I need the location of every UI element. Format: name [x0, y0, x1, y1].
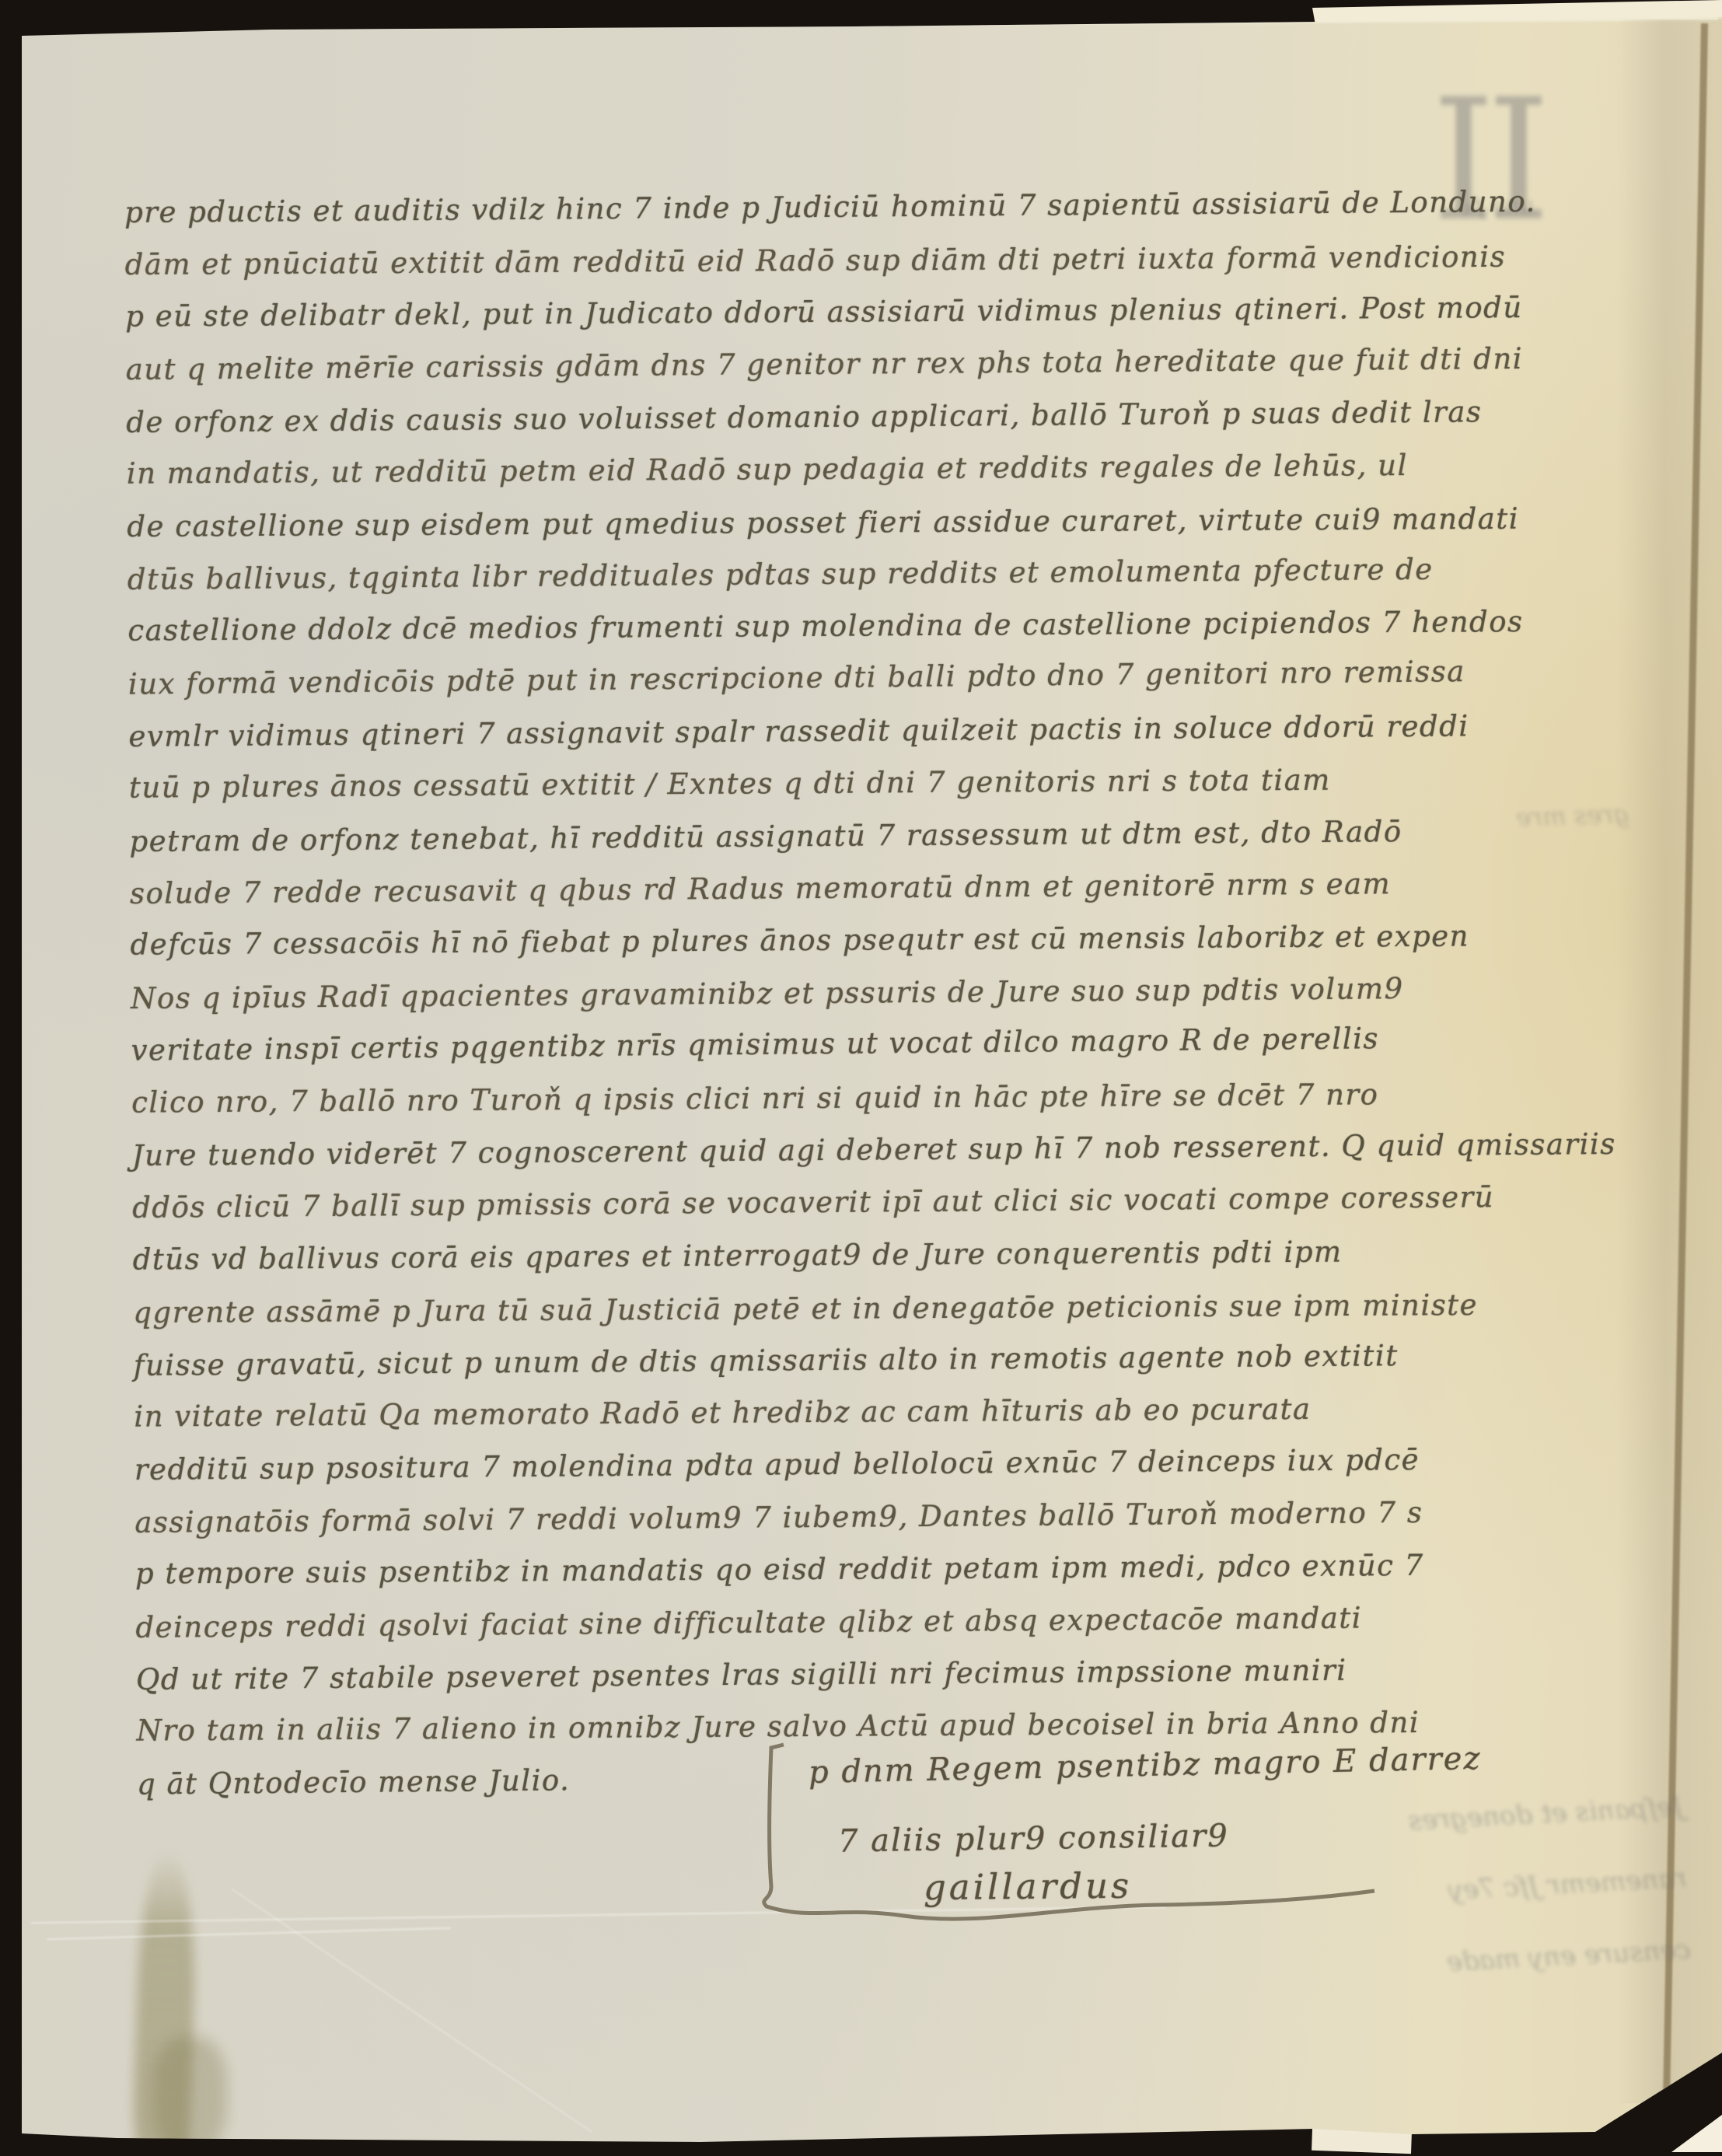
parchment-crease: [47, 1927, 451, 1941]
parchment-crease: [231, 1889, 592, 2133]
notary-signature: gaillardus: [924, 1865, 1132, 1908]
manuscript-line: dtūs vd ballivus corā eis qpares et inte…: [133, 1233, 1607, 1295]
manuscript-line: pre pductis et auditis vdilz hinc 7 inde…: [124, 184, 1598, 248]
parchment-stain: [152, 2037, 227, 2152]
manuscript-text-block: pre pductis et auditis vdilz hinc 7 inde…: [124, 184, 1611, 1820]
manuscript-line: in mandatis, ut redditū petm eid Radō su…: [127, 447, 1601, 509]
underleaf-edge-bottom-right: [1648, 2091, 1722, 2152]
manuscript-page: II une fx gres mre Jeſpanis et donegresr…: [0, 0, 1722, 2152]
subscription-line: 7 aliis plur9 consiliar9: [838, 1818, 1229, 1859]
